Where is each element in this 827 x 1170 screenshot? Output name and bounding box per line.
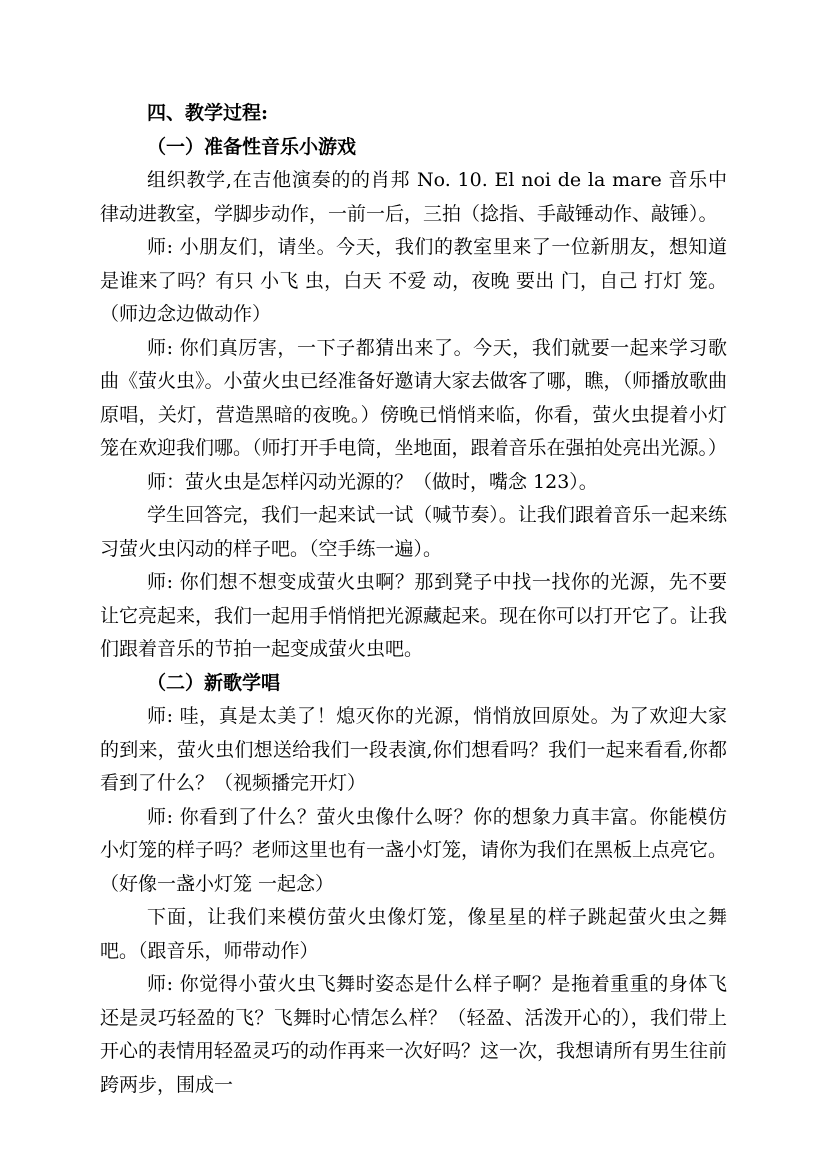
para-imagine-lantern: 师: 你看到了什么？萤火虫像什么呀？你的想象力真丰富。你能模仿小灯笼的样子吗？老…	[100, 801, 727, 902]
para-lesson-organization: 组织教学,在吉他演奏的的肖邦 No. 10. El noi de la mare…	[100, 164, 727, 231]
heading-teaching-process: 四、教学过程:	[100, 97, 727, 131]
para-become-firefly: 师: 你们想不想变成萤火虫啊？那到凳子中找一找你的光源，先不要让它亮起来，我们一…	[100, 566, 727, 667]
para-praise-and-video: 师: 哇，真是太美了！熄灭你的光源，悄悄放回原处。为了欢迎大家的到来，萤火虫们想…	[100, 700, 727, 801]
document-page: 四、教学过程: （一）准备性音乐小游戏 组织教学,在吉他演奏的的肖邦 No. 1…	[0, 0, 827, 1170]
para-student-practice: 学生回答完，我们一起来试一试（喊节奏）。让我们跟着音乐一起来练习萤火虫闪动的样子…	[100, 499, 727, 566]
heading-prep-music-game: （一）准备性音乐小游戏	[100, 131, 727, 165]
para-firefly-dance: 下面，让我们来模仿萤火虫像灯笼，像星星的样子跳起萤火虫之舞吧。（跟音乐，师带动作…	[100, 901, 727, 968]
document-text-block: 四、教学过程: （一）准备性音乐小游戏 组织教学,在吉他演奏的的肖邦 No. 1…	[100, 97, 727, 1102]
heading-new-song-learning: （二）新歌学唱	[100, 667, 727, 701]
para-teacher-question-light: 师：萤火虫是怎样闪动光源的？（做时，嘴念 123）。	[100, 466, 727, 500]
para-flying-posture: 师: 你觉得小萤火虫飞舞时姿态是什么样子啊？是拖着重重的身体飞还是灵巧轻盈的飞？…	[100, 968, 727, 1102]
para-teacher-riddle: 师: 小朋友们，请坐。今天，我们的教室里来了一位新朋友，想知道是谁来了吗？有只 …	[100, 231, 727, 332]
para-teacher-reveal-song: 师: 你们真厉害，一下子都猜出来了。今天，我们就要一起来学习歌曲《萤火虫》。小萤…	[100, 332, 727, 466]
